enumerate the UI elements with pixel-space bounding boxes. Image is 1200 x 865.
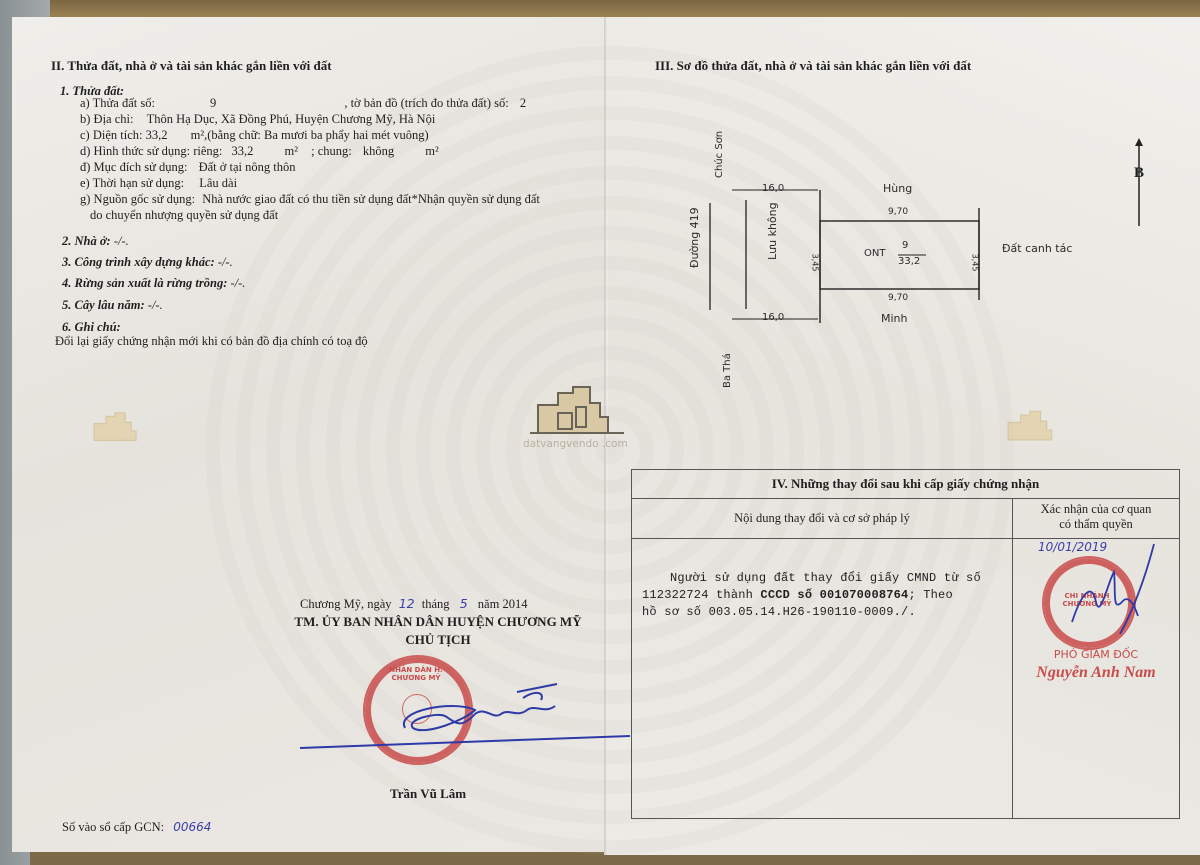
issue-year: năm 2014	[478, 597, 528, 611]
map-sheet-label: , tờ bản đồ (trích đo thửa đất) số:	[344, 96, 508, 110]
right-width: 3,45	[970, 254, 979, 272]
confirmer-name: Nguyễn Anh Nam	[1013, 664, 1179, 682]
shared-area-value: không	[363, 144, 394, 158]
signer-name: Trần Vũ Lâm	[390, 786, 466, 802]
parcel-number-row: a) Thửa đất số: 9 , tờ bản đồ (trích đo …	[80, 96, 526, 112]
registry-label: Số vào sổ cấp GCN:	[62, 820, 164, 834]
item-value: -/-.	[218, 255, 233, 269]
item-notes: 6. Ghi chú:	[62, 320, 121, 335]
note-text: Đổi lại giấy chứng nhận mới khi có bản đ…	[55, 334, 368, 350]
usage-term-label: e) Thời hạn sử dụng:	[80, 176, 184, 190]
item-label: 4. Rừng sản xuất là rừng trồng:	[62, 276, 227, 290]
change-content-new-id: CCCD số 001070008764	[760, 588, 908, 602]
month-label: tháng	[422, 597, 450, 611]
building-logo-icon	[1002, 402, 1064, 448]
changes-table-header: Nội dung thay đổi và cơ sở pháp lý Xác n…	[632, 498, 1179, 539]
column-header-line: Xác nhận của cơ quan	[1013, 502, 1179, 517]
changes-table: IV. Những thay đổi sau khi cấp giấy chứn…	[631, 469, 1180, 819]
neighbor-south: Minh	[881, 312, 908, 325]
issue-month: 5	[453, 596, 475, 612]
usage-origin-value: Nhà nước giao đất có thu tiền sử dụng đấ…	[202, 192, 540, 206]
deputy-signature	[1052, 542, 1162, 652]
address-label: b) Địa chỉ:	[80, 112, 133, 126]
neighbor-east: Đất canh tác	[1002, 242, 1072, 255]
area-unit: m²	[191, 128, 204, 142]
section-ii-title: II. Thửa đất, nhà ở và tài sản khác gắn …	[51, 58, 332, 74]
land-use-code: ONT	[864, 248, 885, 259]
change-content-dossier: hồ sơ số 003.05.14.H26-190110-0009./.	[642, 604, 1007, 621]
place-date-prefix: Chương Mỹ, ngày	[300, 597, 392, 611]
usage-origin-value-cont: do chuyển nhượng quyền sử dụng đất	[90, 208, 278, 224]
confirmer-title: PHÓ GIÁM ĐỐC	[1013, 648, 1179, 661]
road-name: Đường 419	[688, 207, 701, 268]
setback-width-bottom: 16,0	[762, 312, 784, 323]
area-row: c) Diện tích: 33,2 m²,(bằng chữ: Ba mươi…	[80, 128, 429, 144]
address-row: b) Địa chỉ: Thôn Hạ Dục, Xã Đồng Phú, Hu…	[80, 112, 435, 128]
usage-purpose-value: Đất ở tại nông thôn	[199, 160, 296, 174]
road-end-north: Chúc Sơn	[714, 131, 725, 178]
north-label: B	[1134, 165, 1144, 182]
usage-form-row: d) Hình thức sử dụng: riêng: 33,2 m² ; c…	[80, 144, 439, 160]
top-length: 9,70	[888, 207, 908, 217]
item-label: 3. Công trình xây dựng khác:	[62, 255, 215, 269]
place-date: Chương Mỹ, ngày 12 tháng 5 năm 2014	[300, 596, 527, 613]
item-value: -/-.	[231, 276, 246, 290]
table-row: Người sử dụng đất thay đổi giấy CMND từ …	[642, 570, 1007, 621]
neighbor-north: Hùng	[883, 182, 912, 195]
map-sheet-value: 2	[520, 96, 526, 110]
item-perennial-trees: 5. Cây lâu năm: -/-.	[62, 298, 163, 313]
usage-purpose-row: đ) Mục đích sử dụng: Đất ở tại nông thôn	[80, 160, 295, 176]
shared-area-label: ; chung:	[311, 144, 352, 158]
parcel-area-label: 33,2	[898, 256, 920, 267]
registry-number-row: Số vào sổ cấp GCN: 00664	[62, 820, 211, 836]
parcel-number-label: 9	[902, 240, 908, 251]
registry-value: 00664	[173, 820, 211, 834]
building-logo-icon	[88, 404, 148, 448]
private-area-value: 33,2	[231, 144, 253, 158]
setback-width-top: 16,0	[762, 183, 784, 194]
usage-origin-label: g) Nguồn gốc sử dụng:	[80, 192, 195, 206]
area-in-words: ,(bằng chữ: Ba mươi ba phẩy hai mét vuôn…	[204, 128, 429, 142]
changes-table-title: IV. Những thay đổi sau khi cấp giấy chứn…	[632, 470, 1179, 499]
private-area-unit: m²	[284, 144, 297, 158]
change-content-line: Người sử dụng đất thay đổi giấy CMND từ …	[642, 570, 1007, 587]
item-value: -/-.	[148, 298, 163, 312]
signer-title: CHỦ TỊCH	[278, 632, 598, 648]
usage-origin-row: g) Nguồn gốc sử dụng: Nhà nước giao đất …	[80, 192, 610, 208]
item-house: 2. Nhà ở: -/-.	[62, 234, 129, 249]
change-content-suffix: ; Theo	[908, 588, 952, 602]
road-end-south: Ba Thá	[722, 353, 733, 388]
bottom-length: 9,70	[888, 293, 908, 303]
section-iii-title: III. Sơ đồ thửa đất, nhà ở và tài sản kh…	[655, 58, 971, 74]
item-production-forest: 4. Rừng sản xuất là rừng trồng: -/-.	[62, 276, 245, 291]
shared-area-unit: m²	[425, 144, 438, 158]
address-value: Thôn Hạ Dục, Xã Đồng Phú, Huyện Chương M…	[147, 112, 436, 126]
usage-term-row: e) Thời hạn sử dụng: Lâu dài	[80, 176, 237, 192]
parcel-number-label: a) Thửa đất số:	[80, 96, 155, 110]
north-arrow-icon	[1132, 136, 1146, 228]
column-header-confirmation: Xác nhận của cơ quan có thẩm quyền	[1013, 502, 1179, 532]
change-content-line: 112322724 thành CCCD số 001070008764; Th…	[642, 587, 1007, 604]
chairman-signature	[295, 670, 635, 760]
watermark-text: datvangvendo .com	[523, 438, 628, 450]
usage-form-label: d) Hình thức sử dụng: riêng:	[80, 144, 222, 158]
setback-label: Lưu không	[766, 202, 779, 260]
building-logo-icon	[528, 383, 628, 435]
item-value: -/-.	[114, 234, 129, 248]
area-label: c) Diện tích: 33,2	[80, 128, 167, 142]
issuing-authority: TM. ỦY BAN NHÂN DÂN HUYỆN CHƯƠNG MỸ	[278, 614, 598, 630]
item-label: 2. Nhà ở:	[62, 234, 111, 248]
item-other-construction: 3. Công trình xây dựng khác: -/-.	[62, 255, 233, 270]
column-header-content: Nội dung thay đổi và cơ sở pháp lý	[632, 498, 1012, 538]
change-content-old-id: 112322724 thành	[642, 588, 760, 602]
usage-term-value: Lâu dài	[199, 176, 237, 190]
left-width: 3,45	[810, 254, 819, 272]
issue-day: 12	[395, 596, 419, 612]
usage-purpose-label: đ) Mục đích sử dụng:	[80, 160, 187, 174]
parcel-number-value: 9	[158, 96, 268, 112]
item-label: 5. Cây lâu năm:	[62, 298, 145, 312]
column-header-line: có thẩm quyền	[1013, 517, 1179, 532]
